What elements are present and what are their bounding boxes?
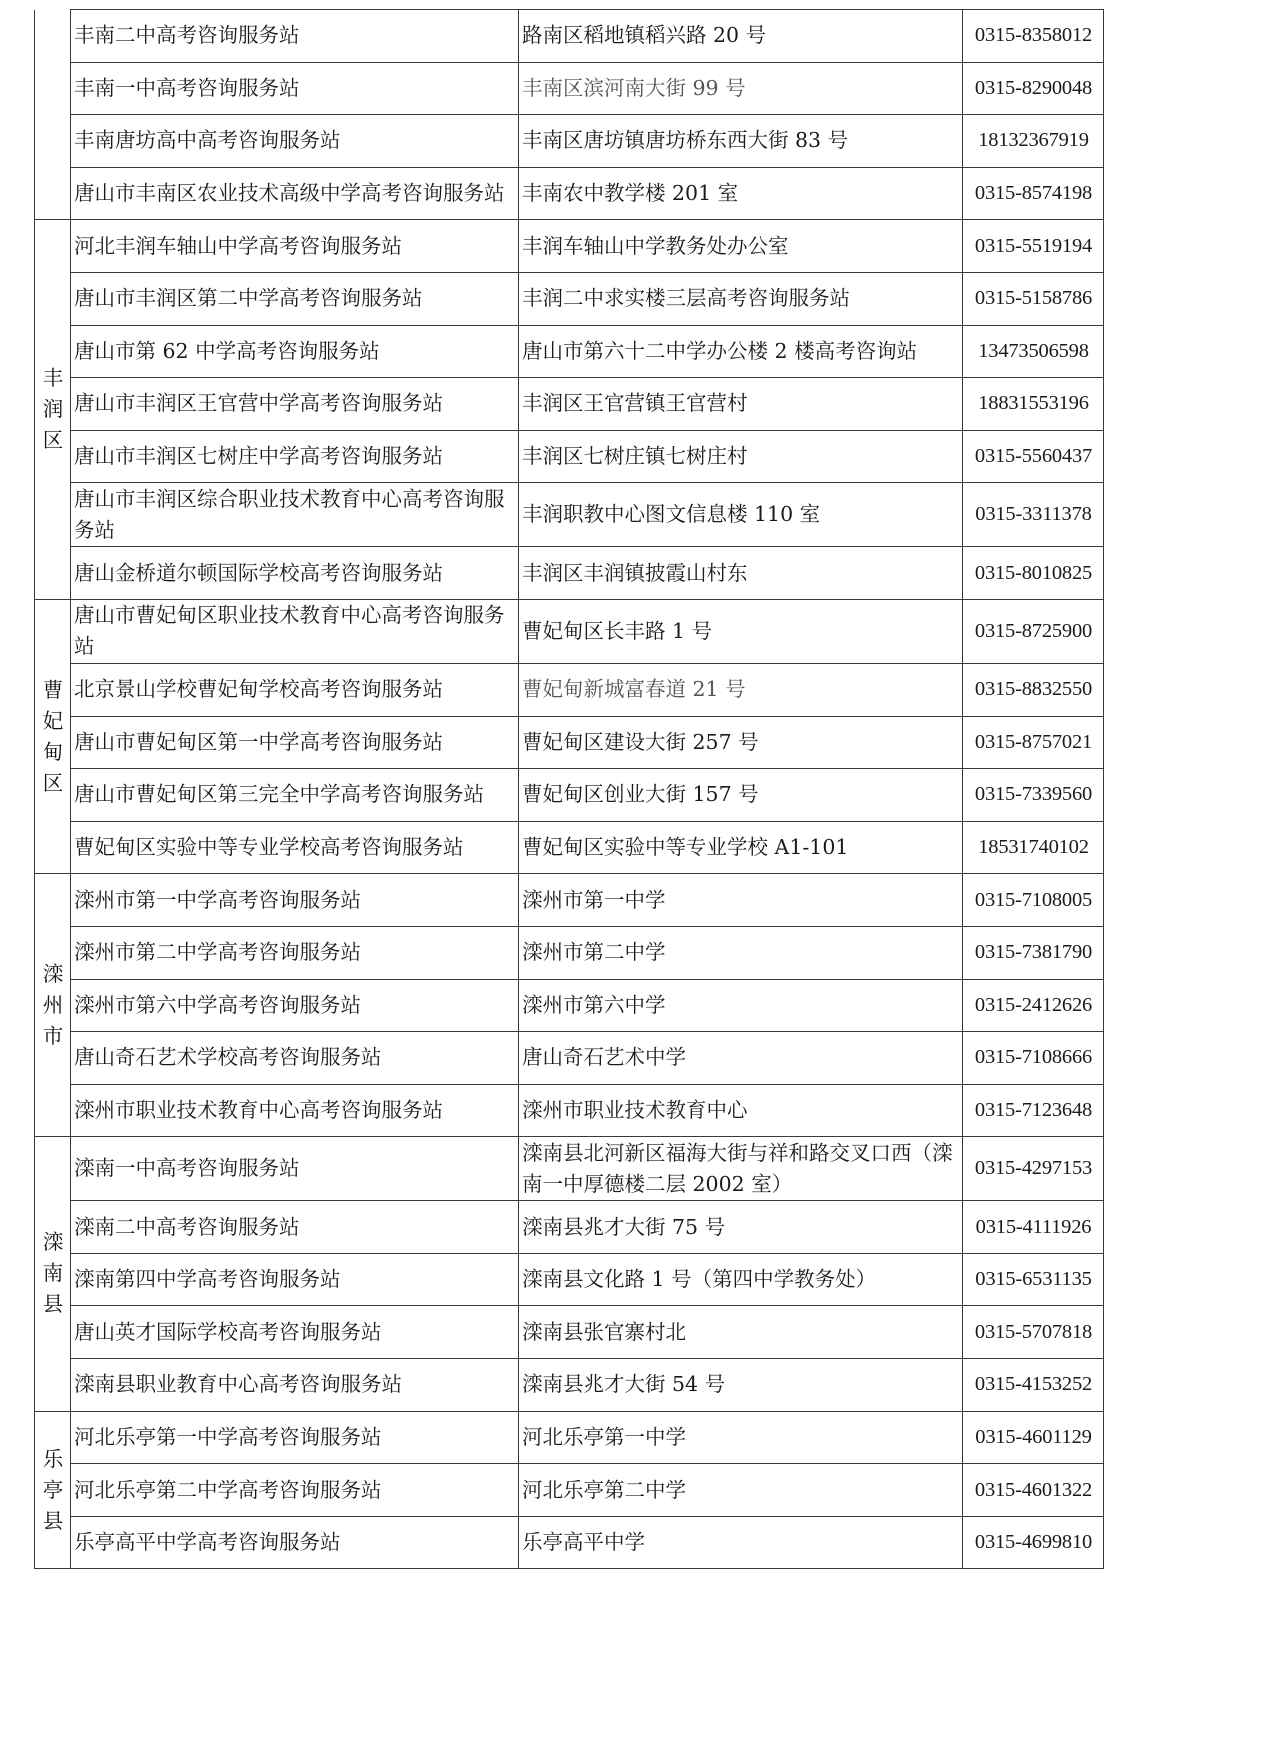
table-row: 唐山市丰润区第二中学高考咨询服务站 丰润二中求实楼三层高考咨询服务站 0315-… xyxy=(35,272,1104,325)
station-address: 曹妃甸新城富春道 21 号 xyxy=(519,663,963,716)
table-row: 丰南二中高考咨询服务站 路南区稻地镇稻兴路 20 号 0315-8358012 xyxy=(35,10,1104,63)
table-row: 滦南二中高考咨询服务站 滦南县兆才大街 75 号 0315-4111926 xyxy=(35,1201,1104,1254)
table-row: 丰南唐坊高中高考咨询服务站 丰南区唐坊镇唐坊桥东西大街 83 号 1813236… xyxy=(35,115,1104,168)
station-name: 滦南第四中学高考咨询服务站 xyxy=(71,1253,519,1306)
station-name: 乐亭高平中学高考咨询服务站 xyxy=(71,1516,519,1569)
station-phone: 0315-6531135 xyxy=(963,1253,1104,1306)
station-address: 曹妃甸区长丰路 1 号 xyxy=(519,599,963,663)
station-address: 丰南农中教学楼 201 室 xyxy=(519,167,963,220)
district-cell-continued xyxy=(35,10,71,220)
station-address: 丰润区丰润镇披霞山村东 xyxy=(519,547,963,600)
station-phone: 0315-8290048 xyxy=(963,62,1104,115)
district-cell: 滦南县 xyxy=(35,1137,71,1411)
station-phone: 0315-4699810 xyxy=(963,1516,1104,1569)
station-address: 丰润车轴山中学教务处办公室 xyxy=(519,220,963,273)
district-cell: 曹妃甸区 xyxy=(35,599,71,873)
station-phone: 0315-7123648 xyxy=(963,1084,1104,1137)
station-address: 丰润区王官营镇王官营村 xyxy=(519,378,963,431)
station-name: 唐山市第 62 中学高考咨询服务站 xyxy=(71,325,519,378)
table-row: 滦州市第二中学高考咨询服务站 滦州市第二中学 0315-7381790 xyxy=(35,926,1104,979)
station-address: 丰南区唐坊镇唐坊桥东西大街 83 号 xyxy=(519,115,963,168)
station-address: 河北乐亭第一中学 xyxy=(519,1411,963,1464)
station-address: 曹妃甸区创业大街 157 号 xyxy=(519,769,963,822)
station-phone: 0315-5707818 xyxy=(963,1306,1104,1359)
table-row: 唐山市丰南区农业技术高级中学高考咨询服务站 丰南农中教学楼 201 室 0315… xyxy=(35,167,1104,220)
station-name: 唐山市丰润区综合职业技术教育中心高考咨询服务站 xyxy=(71,483,519,547)
table-row: 乐亭高平中学高考咨询服务站 乐亭高平中学 0315-4699810 xyxy=(35,1516,1104,1569)
station-phone: 0315-2412626 xyxy=(963,979,1104,1032)
station-address: 曹妃甸区建设大街 257 号 xyxy=(519,716,963,769)
station-name: 唐山市丰润区第二中学高考咨询服务站 xyxy=(71,272,519,325)
station-address: 滦南县张官寨村北 xyxy=(519,1306,963,1359)
district-cell: 丰润区 xyxy=(35,220,71,600)
station-name: 唐山英才国际学校高考咨询服务站 xyxy=(71,1306,519,1359)
station-name: 北京景山学校曹妃甸学校高考咨询服务站 xyxy=(71,663,519,716)
station-address: 滦南县兆才大街 54 号 xyxy=(519,1359,963,1412)
station-name: 丰南一中高考咨询服务站 xyxy=(71,62,519,115)
table-row: 河北乐亭第二中学高考咨询服务站 河北乐亭第二中学 0315-4601322 xyxy=(35,1464,1104,1517)
station-address: 丰南区滨河南大街 99 号 xyxy=(519,62,963,115)
station-name: 丰南唐坊高中高考咨询服务站 xyxy=(71,115,519,168)
table-row: 唐山市丰润区王官营中学高考咨询服务站 丰润区王官营镇王官营村 188315531… xyxy=(35,378,1104,431)
station-address: 滦州市第六中学 xyxy=(519,979,963,1032)
station-phone: 13473506598 xyxy=(963,325,1104,378)
station-name: 唐山市丰润区王官营中学高考咨询服务站 xyxy=(71,378,519,431)
station-name: 滦州市第一中学高考咨询服务站 xyxy=(71,874,519,927)
table-row: 滦州市第六中学高考咨询服务站 滦州市第六中学 0315-2412626 xyxy=(35,979,1104,1032)
station-phone: 18831553196 xyxy=(963,378,1104,431)
station-address: 滦南县文化路 1 号（第四中学教务处） xyxy=(519,1253,963,1306)
table-row: 滦南第四中学高考咨询服务站 滦南县文化路 1 号（第四中学教务处） 0315-6… xyxy=(35,1253,1104,1306)
station-phone: 0315-3311378 xyxy=(963,483,1104,547)
station-phone: 0315-4601129 xyxy=(963,1411,1104,1464)
station-name: 唐山市丰南区农业技术高级中学高考咨询服务站 xyxy=(71,167,519,220)
table-row: 滦州市职业技术教育中心高考咨询服务站 滦州市职业技术教育中心 0315-7123… xyxy=(35,1084,1104,1137)
station-address: 滦南县兆才大街 75 号 xyxy=(519,1201,963,1254)
station-name: 唐山金桥道尔顿国际学校高考咨询服务站 xyxy=(71,547,519,600)
station-phone: 0315-8010825 xyxy=(963,547,1104,600)
station-phone: 0315-8358012 xyxy=(963,10,1104,63)
station-address: 唐山市第六十二中学办公楼 2 楼高考咨询站 xyxy=(519,325,963,378)
station-phone: 0315-5519194 xyxy=(963,220,1104,273)
station-address: 滦州市第一中学 xyxy=(519,874,963,927)
table-row: 曹妃甸区 唐山市曹妃甸区职业技术教育中心高考咨询服务站 曹妃甸区长丰路 1 号 … xyxy=(35,599,1104,663)
station-name: 滦州市第二中学高考咨询服务站 xyxy=(71,926,519,979)
station-phone: 0315-8574198 xyxy=(963,167,1104,220)
table-row: 滦南县 滦南一中高考咨询服务站 滦南县北河新区福海大街与祥和路交叉口西（滦南一中… xyxy=(35,1137,1104,1201)
station-name: 滦州市第六中学高考咨询服务站 xyxy=(71,979,519,1032)
station-phone: 0315-5560437 xyxy=(963,430,1104,483)
table-row: 乐亭县 河北乐亭第一中学高考咨询服务站 河北乐亭第一中学 0315-460112… xyxy=(35,1411,1104,1464)
table-row: 唐山市丰润区综合职业技术教育中心高考咨询服务站 丰润职教中心图文信息楼 110 … xyxy=(35,483,1104,547)
station-name: 河北乐亭第二中学高考咨询服务站 xyxy=(71,1464,519,1517)
table-row: 唐山英才国际学校高考咨询服务站 滦南县张官寨村北 0315-5707818 xyxy=(35,1306,1104,1359)
station-address: 滦州市职业技术教育中心 xyxy=(519,1084,963,1137)
district-cell: 滦州市 xyxy=(35,874,71,1137)
station-phone: 0315-7108005 xyxy=(963,874,1104,927)
table-row: 丰南一中高考咨询服务站 丰南区滨河南大街 99 号 0315-8290048 xyxy=(35,62,1104,115)
station-address: 滦州市第二中学 xyxy=(519,926,963,979)
table-row: 唐山奇石艺术学校高考咨询服务站 唐山奇石艺术中学 0315-7108666 xyxy=(35,1032,1104,1085)
station-address: 丰润区七树庄镇七树庄村 xyxy=(519,430,963,483)
station-address: 路南区稻地镇稻兴路 20 号 xyxy=(519,10,963,63)
station-address: 丰润职教中心图文信息楼 110 室 xyxy=(519,483,963,547)
table-row: 北京景山学校曹妃甸学校高考咨询服务站 曹妃甸新城富春道 21 号 0315-88… xyxy=(35,663,1104,716)
station-name: 河北丰润车轴山中学高考咨询服务站 xyxy=(71,220,519,273)
station-address: 乐亭高平中学 xyxy=(519,1516,963,1569)
station-address: 滦南县北河新区福海大街与祥和路交叉口西（滦南一中厚德楼二层 2002 室） xyxy=(519,1137,963,1201)
station-phone: 0315-5158786 xyxy=(963,272,1104,325)
station-phone: 0315-4601322 xyxy=(963,1464,1104,1517)
table-row: 唐山市曹妃甸区第一中学高考咨询服务站 曹妃甸区建设大街 257 号 0315-8… xyxy=(35,716,1104,769)
station-name: 滦南一中高考咨询服务站 xyxy=(71,1137,519,1201)
station-name: 唐山市丰润区七树庄中学高考咨询服务站 xyxy=(71,430,519,483)
table-row: 唐山市曹妃甸区第三完全中学高考咨询服务站 曹妃甸区创业大街 157 号 0315… xyxy=(35,769,1104,822)
station-name: 唐山市曹妃甸区职业技术教育中心高考咨询服务站 xyxy=(71,599,519,663)
station-name: 河北乐亭第一中学高考咨询服务站 xyxy=(71,1411,519,1464)
station-phone: 18531740102 xyxy=(963,821,1104,874)
station-phone: 0315-4153252 xyxy=(963,1359,1104,1412)
station-name: 唐山市曹妃甸区第三完全中学高考咨询服务站 xyxy=(71,769,519,822)
station-address: 曹妃甸区实验中等专业学校 A1-101 xyxy=(519,821,963,874)
station-phone: 0315-8832550 xyxy=(963,663,1104,716)
station-phone: 0315-8725900 xyxy=(963,599,1104,663)
station-name: 丰南二中高考咨询服务站 xyxy=(71,10,519,63)
station-name: 唐山市曹妃甸区第一中学高考咨询服务站 xyxy=(71,716,519,769)
table-row: 滦州市 滦州市第一中学高考咨询服务站 滦州市第一中学 0315-7108005 xyxy=(35,874,1104,927)
station-phone: 0315-7339560 xyxy=(963,769,1104,822)
station-address: 唐山奇石艺术中学 xyxy=(519,1032,963,1085)
table-row: 唐山市丰润区七树庄中学高考咨询服务站 丰润区七树庄镇七树庄村 0315-5560… xyxy=(35,430,1104,483)
consultation-stations-table: 丰南二中高考咨询服务站 路南区稻地镇稻兴路 20 号 0315-8358012 … xyxy=(34,9,1104,1569)
station-name: 曹妃甸区实验中等专业学校高考咨询服务站 xyxy=(71,821,519,874)
station-phone: 0315-4111926 xyxy=(963,1201,1104,1254)
station-name: 滦州市职业技术教育中心高考咨询服务站 xyxy=(71,1084,519,1137)
station-phone: 0315-8757021 xyxy=(963,716,1104,769)
station-phone: 0315-7108666 xyxy=(963,1032,1104,1085)
table-row: 滦南县职业教育中心高考咨询服务站 滦南县兆才大街 54 号 0315-41532… xyxy=(35,1359,1104,1412)
station-address: 丰润二中求实楼三层高考咨询服务站 xyxy=(519,272,963,325)
table-row: 唐山金桥道尔顿国际学校高考咨询服务站 丰润区丰润镇披霞山村东 0315-8010… xyxy=(35,547,1104,600)
station-phone: 0315-7381790 xyxy=(963,926,1104,979)
document-page: 丰南二中高考咨询服务站 路南区稻地镇稻兴路 20 号 0315-8358012 … xyxy=(34,9,1103,1569)
station-address: 河北乐亭第二中学 xyxy=(519,1464,963,1517)
station-phone: 18132367919 xyxy=(963,115,1104,168)
station-phone: 0315-4297153 xyxy=(963,1137,1104,1201)
station-name: 唐山奇石艺术学校高考咨询服务站 xyxy=(71,1032,519,1085)
station-name: 滦南县职业教育中心高考咨询服务站 xyxy=(71,1359,519,1412)
table-row: 唐山市第 62 中学高考咨询服务站 唐山市第六十二中学办公楼 2 楼高考咨询站 … xyxy=(35,325,1104,378)
table-row: 丰润区 河北丰润车轴山中学高考咨询服务站 丰润车轴山中学教务处办公室 0315-… xyxy=(35,220,1104,273)
table-row: 曹妃甸区实验中等专业学校高考咨询服务站 曹妃甸区实验中等专业学校 A1-101 … xyxy=(35,821,1104,874)
station-name: 滦南二中高考咨询服务站 xyxy=(71,1201,519,1254)
district-cell: 乐亭县 xyxy=(35,1411,71,1569)
